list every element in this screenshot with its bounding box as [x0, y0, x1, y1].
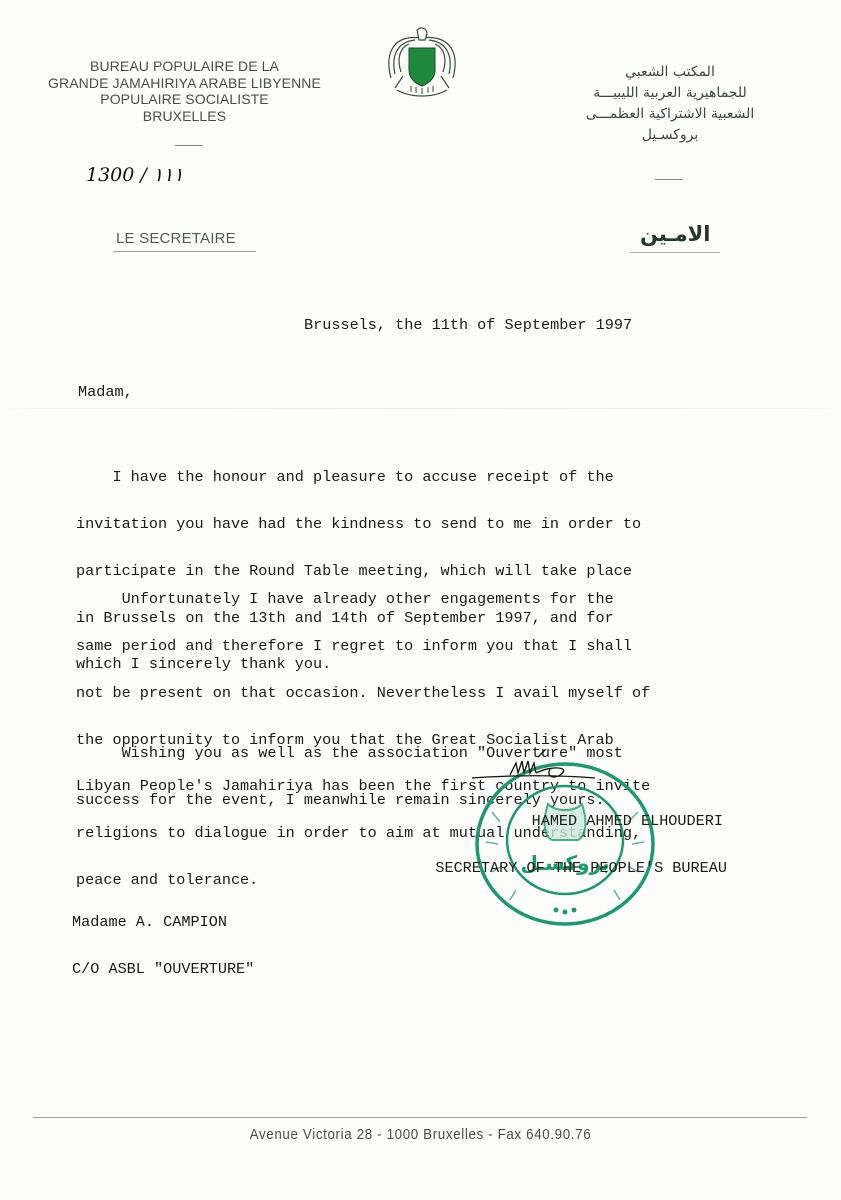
recipient-address: Madame A. CAMPION C/O ASBL "OUVERTURE" — [72, 884, 254, 993]
letterhead-line-ar: المكتب الشعبي — [545, 62, 795, 83]
scan-artifact — [0, 408, 841, 409]
text-line: invitation you have had the kindness to … — [76, 517, 641, 533]
letterhead-line-ar: للجماهيرية العربية الليبيـــة — [545, 83, 795, 104]
signatory-name: HAMED AHMED ELHOUDERI — [394, 814, 727, 830]
letterhead-french: BUREAU POPULAIRE DE LA GRANDE JAMAHIRIYA… — [42, 58, 327, 124]
title-arabic: الامـين — [640, 222, 711, 246]
recipient-line: C/O ASBL "OUVERTURE" — [72, 962, 254, 978]
letterhead-line-ar: بروكسـيل — [545, 125, 795, 146]
divider — [113, 251, 256, 252]
signatory-title: SECRETARY OF THE PEOPLE'S BUREAU — [394, 861, 727, 877]
title-french: LE SECRETAIRE — [116, 230, 236, 247]
footer-address: Avenue Victoria 28 - 1000 Bruxelles - Fa… — [34, 1127, 808, 1143]
recipient-line: Madame A. CAMPION — [72, 915, 254, 931]
letterhead-line: POPULAIRE SOCIALISTE — [42, 91, 327, 108]
divider — [175, 145, 203, 146]
letterhead-line-ar: الشعبية الاشتراكية العظمـــى — [545, 104, 795, 125]
footer-divider — [33, 1117, 807, 1118]
letterhead-line: BRUXELLES — [42, 108, 327, 125]
text-line: I have the honour and pleasure to accuse… — [76, 470, 641, 486]
eagle-crest-icon — [381, 26, 463, 100]
divider — [655, 179, 683, 180]
salutation: Madam, — [78, 385, 133, 401]
text-line: not be present on that occasion. Neverth… — [76, 686, 650, 702]
text-line: same period and therefore I regret to in… — [76, 639, 650, 655]
divider — [630, 252, 720, 253]
reference-number: 1300 / ١١١ — [86, 164, 183, 186]
letterhead-arabic: المكتب الشعبي للجماهيرية العربية الليبيـ… — [545, 62, 795, 146]
signatory-block: HAMED AHMED ELHOUDERI SECRETARY OF THE P… — [394, 783, 727, 892]
letterhead-line: GRANDE JAMAHIRIYA ARABE LIBYENNE — [42, 75, 327, 92]
handwritten-signature — [460, 745, 600, 785]
letter-date: Brussels, the 11th of September 1997 — [304, 318, 632, 334]
letterhead-line: BUREAU POPULAIRE DE LA — [42, 58, 327, 75]
text-line: Unfortunately I have already other engag… — [76, 592, 650, 608]
